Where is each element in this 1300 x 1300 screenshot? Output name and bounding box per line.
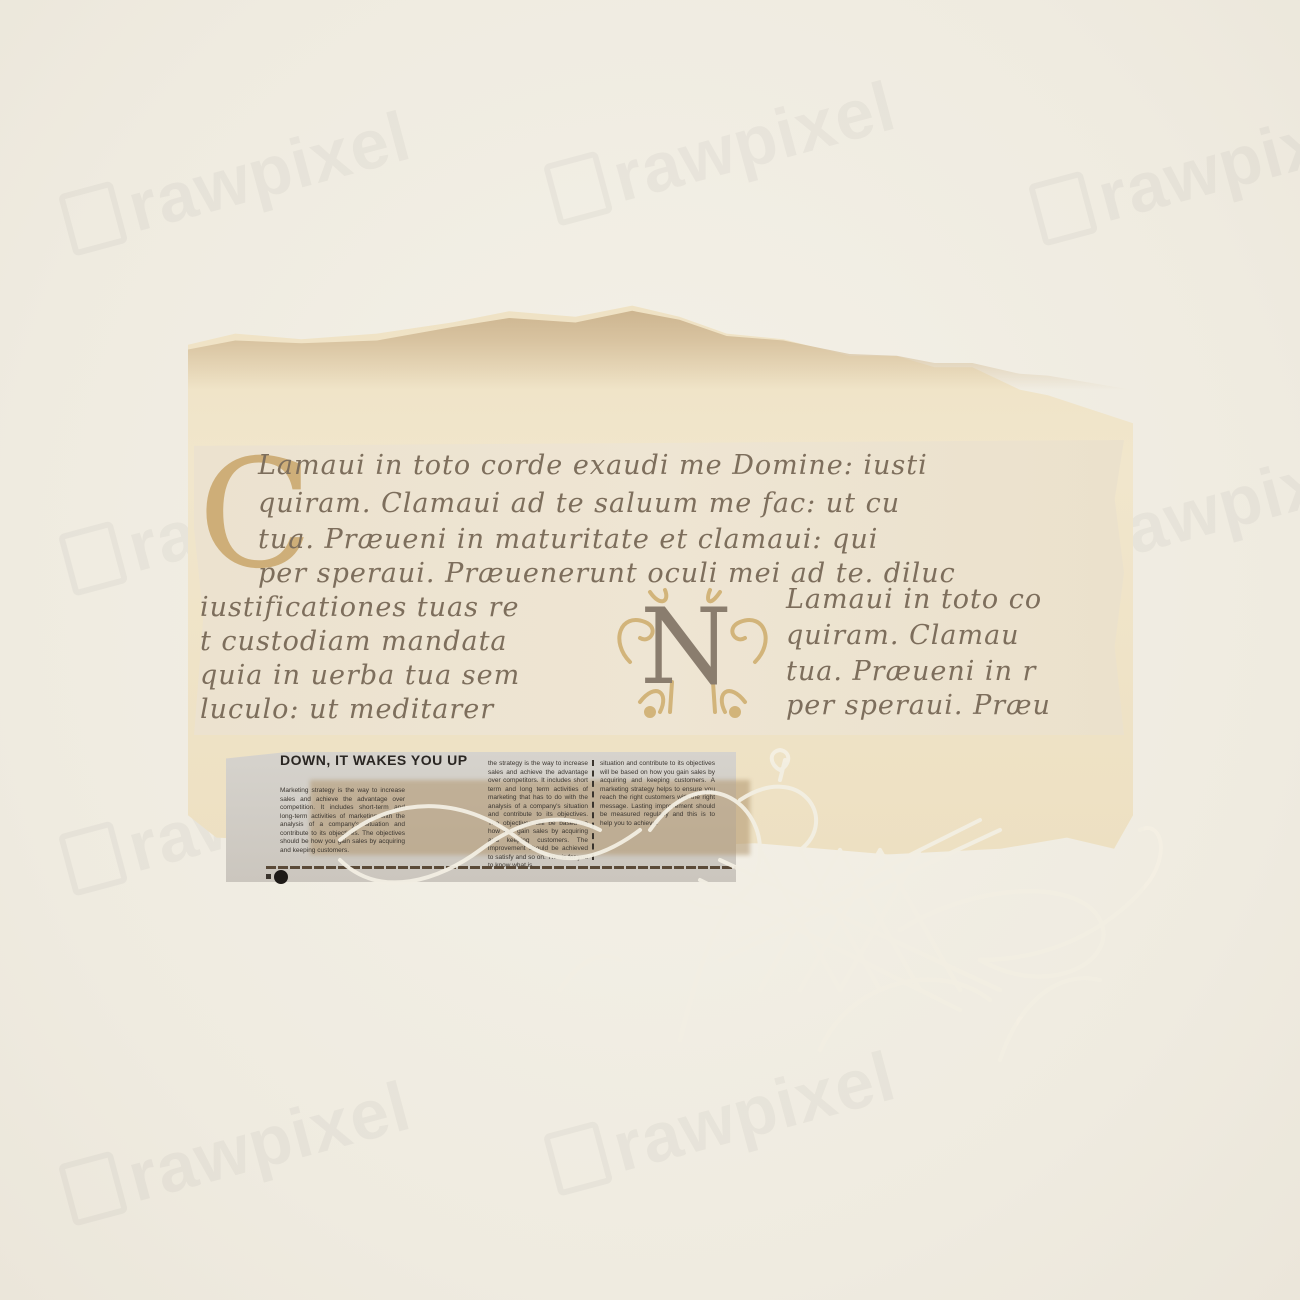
manuscript-line: Lamaui in toto corde exaudi me Domine: i… [258, 450, 928, 481]
manuscript-line: Lamaui in toto co [786, 584, 1042, 615]
newspaper-column: situation and contribute to its objectiv… [600, 760, 715, 828]
page-marker-icon [266, 874, 271, 879]
manuscript-line: t custodiam mandata [200, 626, 508, 657]
collage: C Lamaui in toto corde exaudi me Domine:… [0, 0, 1300, 1300]
newspaper-headline: DOWN, IT WAKES YOU UP [280, 752, 468, 768]
newspaper-column: the strategy is the way to increase sale… [488, 760, 588, 871]
newspaper-column: Marketing strategy is the way to increas… [280, 787, 405, 855]
manuscript-line: per speraui. Præu [786, 690, 1051, 721]
manuscript-line: luculo: ut meditarer [200, 694, 494, 725]
manuscript-line: iustificationes tuas re [200, 592, 519, 623]
column-divider [592, 760, 595, 860]
illuminated-initial-n: N [640, 595, 732, 700]
record-icon [274, 870, 288, 884]
manuscript-line: tua. Præueni in r [786, 656, 1036, 687]
manuscript-line: quiram. Clamau [786, 620, 1020, 651]
footer-rule [266, 866, 736, 869]
manuscript-line: quia in uerba tua sem [200, 660, 520, 691]
manuscript-line: tua. Præueni in maturitate et clamaui: q… [258, 524, 878, 555]
manuscript-line: quiram. Clamaui ad te saluum me fac: ut … [258, 488, 900, 519]
